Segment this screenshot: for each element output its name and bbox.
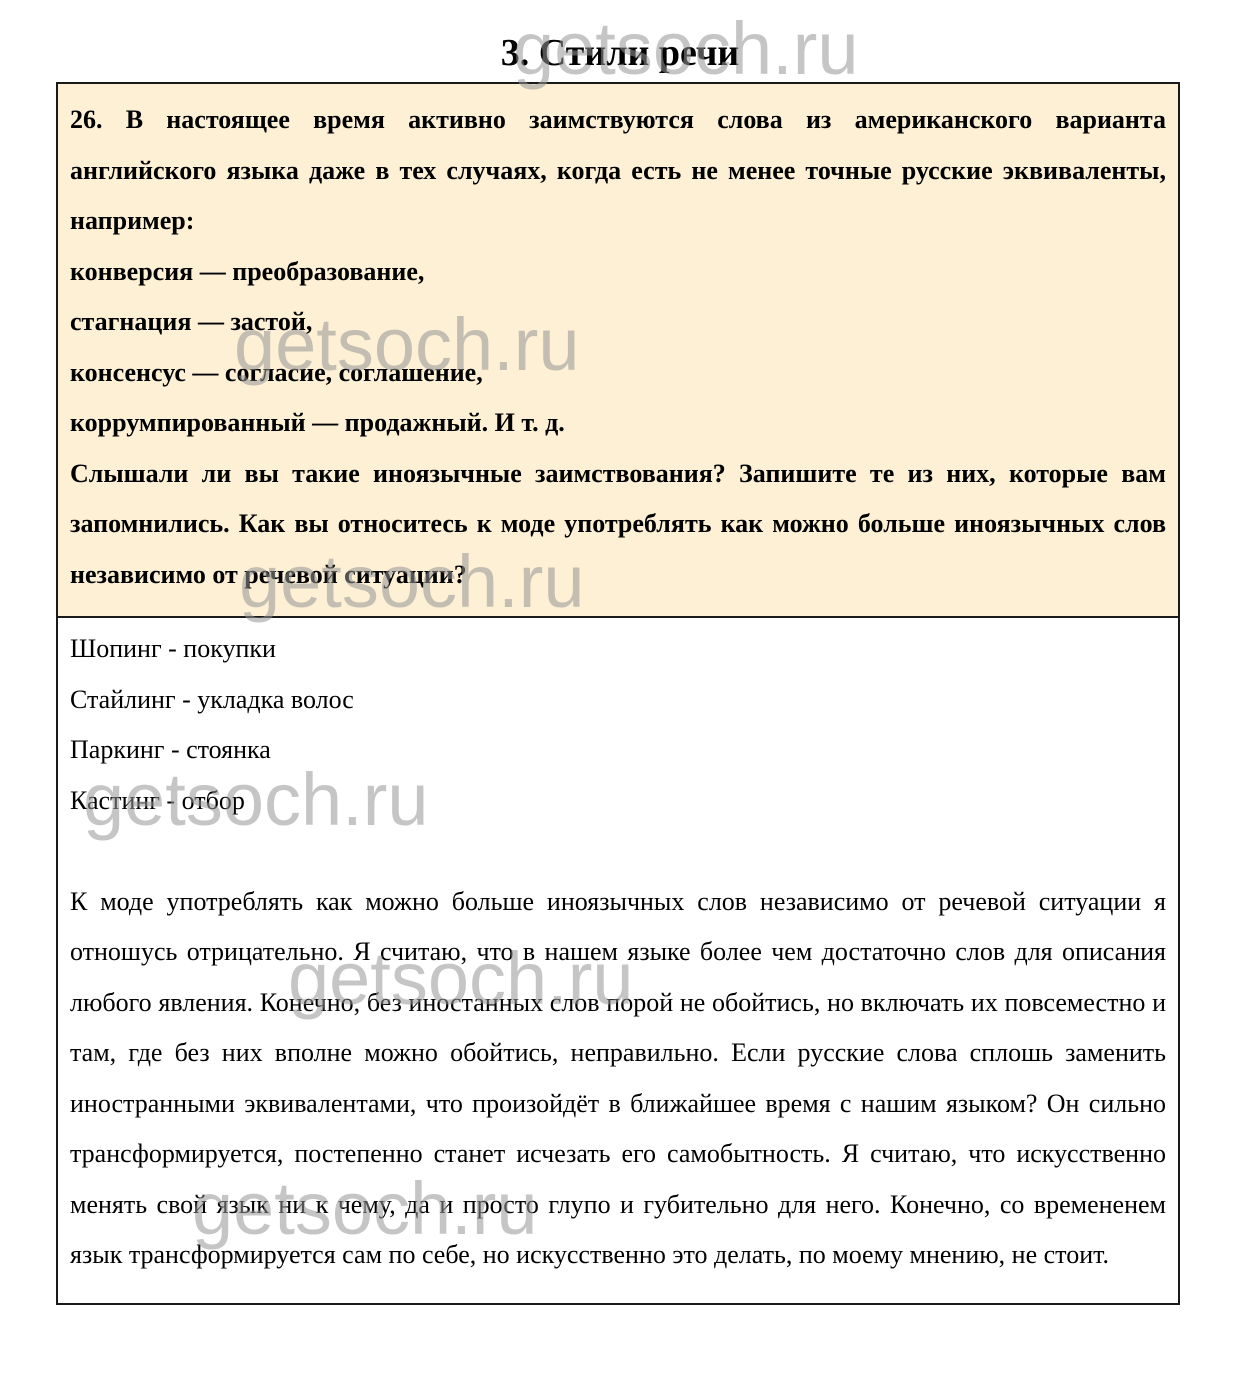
spacer [70, 826, 1166, 877]
page-title: 3. Стили речи [0, 28, 1240, 78]
task-intro-text: В настоящее время активно заимствуются с… [70, 105, 1166, 235]
example-item: стагнация — застой, [70, 297, 1166, 348]
question-cell: 26. В настоящее время активно заимствуют… [58, 84, 1178, 618]
task-question: Слышали ли вы такие иноязычные заимствов… [70, 449, 1166, 601]
answer-pair: Паркинг - стоянка [70, 725, 1166, 776]
answer-pair: Стайлинг - укладка волос [70, 675, 1166, 726]
answer-cell: Шопинг - покупки Стайлинг - укладка воло… [58, 618, 1178, 1303]
example-item: коррумпированный — продажный. И т. д. [70, 398, 1166, 449]
example-item: конверсия — преобразование, [70, 247, 1166, 298]
answer-essay: К моде употреблять как можно больше иноя… [70, 877, 1166, 1281]
task-number: 26. [70, 105, 103, 134]
task-intro: 26. В настоящее время активно заимствуют… [70, 95, 1166, 247]
task-table: 26. В настоящее время активно заимствуют… [56, 82, 1180, 1305]
answer-pair: Кастинг - отбор [70, 776, 1166, 827]
example-item: консенсус — согласие, соглашение, [70, 348, 1166, 399]
answer-pair: Шопинг - покупки [70, 624, 1166, 675]
